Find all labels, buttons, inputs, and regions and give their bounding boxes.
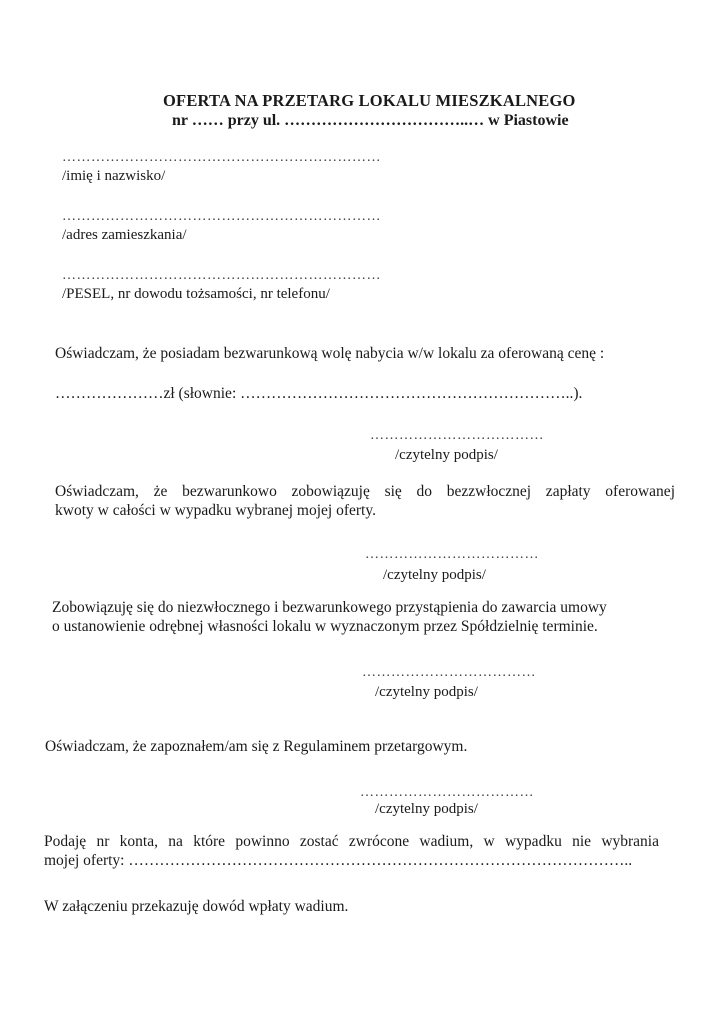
signature-dots-4[interactable]: ……………………………… xyxy=(360,785,534,801)
payment-statement: Oświadczam, że bezwarunkowo zobowiązuję … xyxy=(55,482,675,520)
signature-label-1: /czytelny podpis/ xyxy=(395,447,498,464)
signature-label-2: /czytelny podpis/ xyxy=(383,567,486,584)
document-title: OFERTA NA PRZETARG LOKALU MIESZKALNEGO xyxy=(163,91,576,111)
address-field-dots[interactable]: ………………………………………………………… xyxy=(62,209,381,225)
attachment-note: W załączeniu przekazuję dowód wpłaty wad… xyxy=(44,898,348,916)
regulations-statement: Oświadczam, że zapoznałem/am się z Regul… xyxy=(45,738,467,756)
account-statement[interactable]: Podaję nr konta, na które powinno zostać… xyxy=(44,832,659,870)
signature-label-4: /czytelny podpis/ xyxy=(375,801,478,818)
price-statement: Oświadczam, że posiadam bezwarunkową wol… xyxy=(55,345,604,363)
name-field-dots[interactable]: ………………………………………………………… xyxy=(62,150,381,166)
id-field-label: /PESEL, nr dowodu tożsamości, nr telefon… xyxy=(62,286,330,303)
id-field-dots[interactable]: ………………………………………………………… xyxy=(62,268,381,284)
document-subtitle: nr …… przy ul. ……………………………..… w Piastowi… xyxy=(172,112,569,130)
signature-dots-1[interactable]: ……………………………… xyxy=(370,428,544,444)
address-field-label: /adres zamieszkania/ xyxy=(62,227,187,244)
price-line[interactable]: …………………zł (słownie: ……………………………………………………… xyxy=(55,385,582,403)
signature-dots-2[interactable]: ……………………………… xyxy=(365,547,539,563)
signature-dots-3[interactable]: ……………………………… xyxy=(362,665,536,681)
signature-label-3: /czytelny podpis/ xyxy=(375,684,478,701)
contract-statement: Zobowiązuję się do niezwłocznego i bezwa… xyxy=(52,598,682,636)
name-field-label: /imię i nazwisko/ xyxy=(62,168,165,185)
